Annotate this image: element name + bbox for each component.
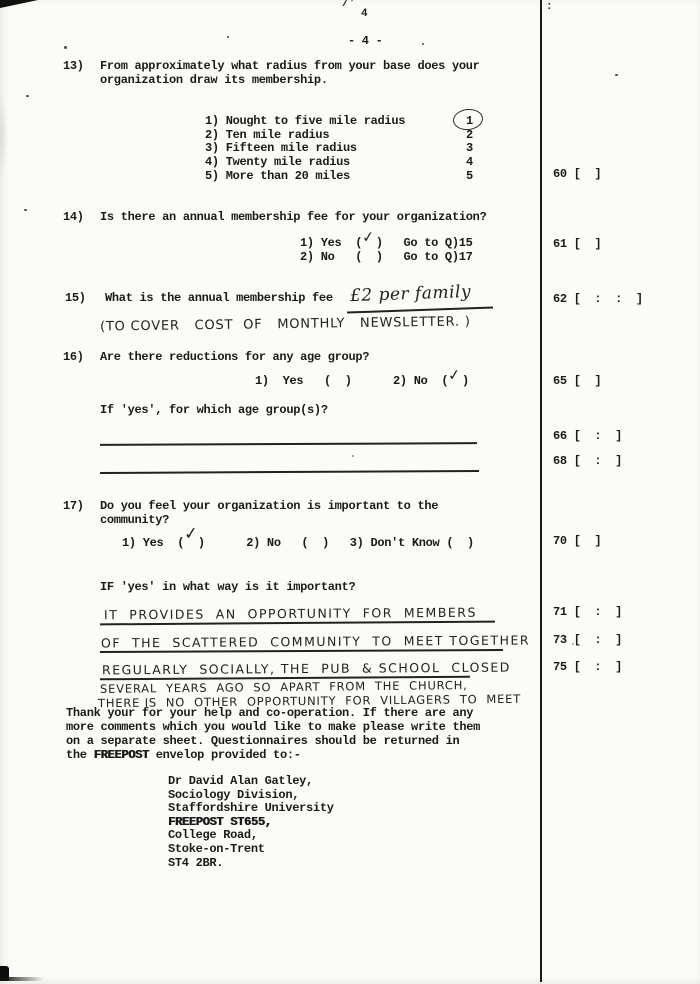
q17-handwritten-line3: REGULARLY SOCIALLY, THE PUB & SCHOOL CLO…: [102, 660, 511, 678]
stray-mark-colon: :: [546, 1, 553, 13]
closing-line3: on a separate sheet. Questionnaires shou…: [66, 735, 459, 749]
code-65: 65 [ ]: [553, 375, 601, 389]
closing-line4-suffix: envelop provided to:-: [149, 748, 301, 762]
question-17-number: 17): [63, 500, 84, 514]
q14-option-no: 2) No ( ) Go to Q)17: [300, 251, 473, 265]
address-city: Stoke-on-Trent: [168, 843, 265, 857]
question-17-text-line2: community?: [100, 514, 169, 528]
q17-handwritten-line1: IT PROVIDES AN OPPORTUNITY FOR MEMBERS: [104, 605, 477, 623]
q16-followup-text: If 'yes', for which age group(s)?: [100, 404, 328, 418]
q13-option-5-label: 5) More than 20 miles: [205, 170, 350, 184]
code-62: 62 [ : : ]: [553, 293, 643, 307]
address-university: Staffordshire University: [168, 802, 334, 816]
questionnaire-page: /ʼ 4 : - 4 - 13) From approximately what…: [0, 0, 700, 984]
scan-artifact-dot: [615, 74, 618, 76]
scan-artifact-bottom-smear: [0, 977, 44, 981]
scan-artifact-dot: [24, 209, 27, 211]
q16-options: 1) Yes ( ) 2) No ( ): [255, 375, 469, 389]
q13-option-4-value: 4: [466, 156, 473, 170]
q15-handwritten-answer: £2 per family: [350, 282, 472, 306]
handwritten-circle-annotation: [452, 107, 484, 131]
question-16-text: Are there reductions for any age group?: [100, 351, 369, 365]
question-17-text-line1: Do you feel your organization is importa…: [100, 500, 438, 514]
question-15-text: What is the annual membership fee: [105, 292, 333, 306]
question-13-number: 13): [63, 60, 84, 74]
checkmark-q16-no: ✓: [447, 365, 461, 384]
scan-artifact-dot: [227, 36, 229, 38]
closing-line1: Thank your for your help and co-operatio…: [66, 707, 473, 721]
q17-options: 1) Yes ( ) 2) No ( ) 3) Don't Know ( ): [122, 537, 474, 551]
scan-artifact-dot: [64, 46, 67, 49]
address-name: Dr David Alan Gatley,: [168, 775, 313, 789]
scan-artifact-top-left: [0, 0, 38, 8]
q14-option-yes: 1) Yes ( ) Go to Q)15: [300, 237, 473, 251]
address-postcode: ST4 2BR.: [168, 857, 223, 871]
code-66: 66 [ : ]: [553, 430, 622, 444]
code-60: 60 [ ]: [553, 168, 601, 182]
q15-answer-underline: [347, 306, 493, 313]
code-61: 61 [ ]: [553, 238, 601, 252]
code-75: 75 [ : ]: [553, 661, 622, 675]
code-73: 73 [ : ]: [553, 634, 622, 648]
q13-option-4-label: 4) Twenty mile radius: [205, 156, 350, 170]
q13-option-3-label: 3) Fifteen mile radius: [205, 142, 357, 156]
question-14-text: Is there an annual membership fee for yo…: [100, 211, 486, 225]
question-13-text-line1: From approximately what radius from your…: [100, 60, 480, 74]
question-15-number: 15): [65, 292, 86, 306]
stray-mark-four: 4: [361, 8, 368, 20]
question-13-text-line2: organization draw its membership.: [100, 74, 328, 88]
q17-followup-text: IF 'yes' in what way is it important?: [100, 581, 355, 595]
checkmark-q14-yes: ✓: [361, 227, 375, 246]
question-14-number: 14): [63, 211, 84, 225]
code-70: 70 [ ]: [553, 535, 601, 549]
page-number: - 4 -: [348, 35, 383, 49]
code-68: 68 [ : ]: [553, 455, 622, 469]
q17-handwritten-line2: OF THE SCATTERED COMMUNITY TO MEET TOGET…: [101, 633, 530, 651]
q15-handwritten-note: (TO COVER COST OF MONTHLY NEWSLETTER. ): [100, 314, 471, 334]
q13-option-3-value: 3: [466, 142, 473, 156]
stray-mark-slash: /ʼ: [342, 0, 355, 10]
code-71: 71 [ : ]: [553, 606, 622, 620]
code-column-rule: [540, 0, 542, 982]
scan-artifact-left-smudge: [0, 92, 8, 180]
q13-option-5-value: 5: [466, 170, 473, 184]
closing-line4: the FREEPOST envelop provided to:-: [66, 749, 301, 763]
scan-artifact-dot: [26, 95, 29, 97]
checkmark-q17-yes: ✓: [183, 523, 199, 544]
q16-blank-line-2: [100, 470, 479, 473]
question-16-number: 16): [63, 351, 84, 365]
q16-blank-line-1: [100, 442, 477, 445]
closing-line2: more comments which you would like to ma…: [66, 721, 480, 735]
closing-line4-prefix: the: [66, 748, 94, 762]
scan-artifact-dot: [352, 455, 354, 457]
closing-freepost-bold: FREEPOST: [94, 748, 149, 762]
address-road: College Road,: [168, 829, 258, 843]
scan-artifact-dot: [422, 43, 424, 45]
q13-option-1-label: 1) Nought to five mile radius: [205, 115, 405, 129]
